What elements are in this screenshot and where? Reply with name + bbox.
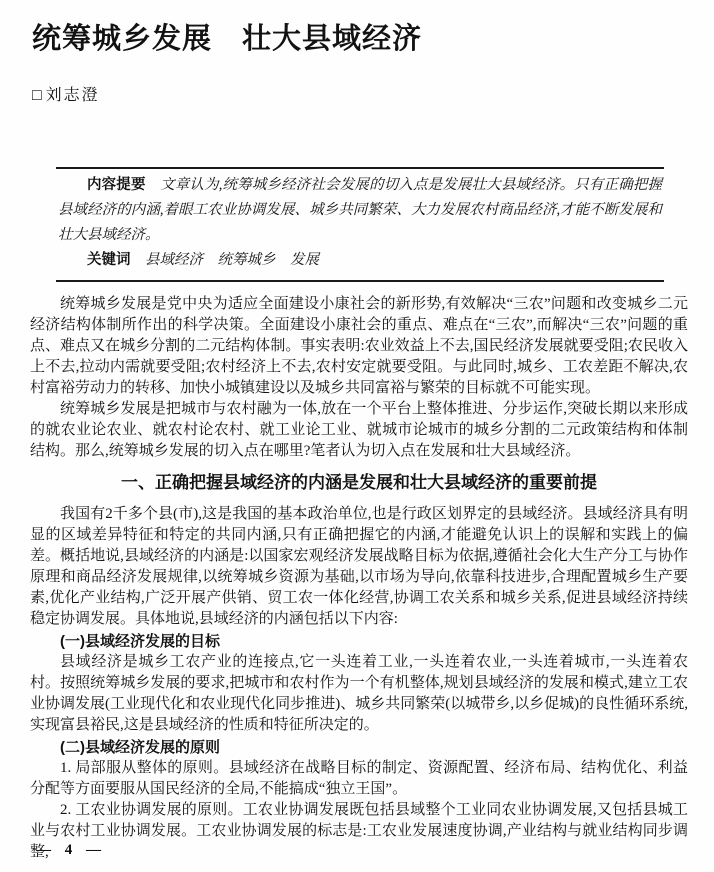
intro-paragraph-2: 统筹城乡发展是把城市与农村融为一体,放在一个平台上整体推进、分步运作,突破长期以… bbox=[30, 399, 688, 462]
section-1-heading: 一、正确把握县域经济的内涵是发展和壮大县域经济的重要前提 bbox=[30, 471, 688, 495]
keywords-line: 关键词县域经济统筹城乡发展 bbox=[58, 248, 662, 273]
subsection-1-paragraph: 县域经济是城乡工农产业的连接点,它一头连着工业,一头连着农业,一头连着城市,一头… bbox=[30, 652, 688, 736]
intro-paragraph-1: 统筹城乡发展是党中央为适应全面建设小康社会的新形势,有效解决“三农”问题和改变城… bbox=[30, 294, 688, 399]
author-square-icon: □ bbox=[32, 87, 44, 104]
abstract-label: 内容提要 bbox=[87, 177, 146, 193]
abstract-box: 内容提要文章认为,统筹城乡经济社会发展的切入点是发展壮大县域经济。只有正确把握县… bbox=[56, 167, 664, 282]
subsection-2-heading: (二)县域经济发展的原则 bbox=[30, 737, 688, 758]
abstract-paragraph: 内容提要文章认为,统筹城乡经济社会发展的切入点是发展壮大县域经济。只有正确把握县… bbox=[58, 173, 662, 248]
keyword: 县域经济 bbox=[145, 252, 203, 268]
subsection-1-heading: (一)县域经济发展的目标 bbox=[30, 631, 688, 652]
article-title: 统筹城乡发展 壮大县域经济 bbox=[32, 22, 688, 56]
keyword: 发展 bbox=[290, 252, 319, 268]
author-line: □刘志澄 bbox=[32, 82, 688, 105]
subsection-2-paragraph-2: 2. 工农业协调发展的原则。工农业协调发展既包括县域整个工业同农业协调发展,又包… bbox=[30, 800, 688, 863]
keyword: 统筹城乡 bbox=[218, 252, 276, 268]
abstract-text: 文章认为,统筹城乡经济社会发展的切入点是发展壮大县域经济。只有正确把握县域经济的… bbox=[58, 177, 662, 243]
author-name: 刘志澄 bbox=[46, 87, 100, 104]
page-number: — 4 — bbox=[36, 842, 106, 859]
keywords-label: 关键词 bbox=[87, 252, 131, 268]
subsection-2-paragraph-1: 1. 局部服从整体的原则。县域经济在战略目标的制定、资源配置、经济布局、结构优化… bbox=[30, 758, 688, 800]
article-page: 统筹城乡发展 壮大县域经济 □刘志澄 内容提要文章认为,统筹城乡经济社会发展的切… bbox=[0, 0, 714, 872]
section-1-lead-paragraph: 我国有2千多个县(市),这是我国的基本政治单位,也是行政区划界定的县域经济。县域… bbox=[30, 504, 688, 630]
